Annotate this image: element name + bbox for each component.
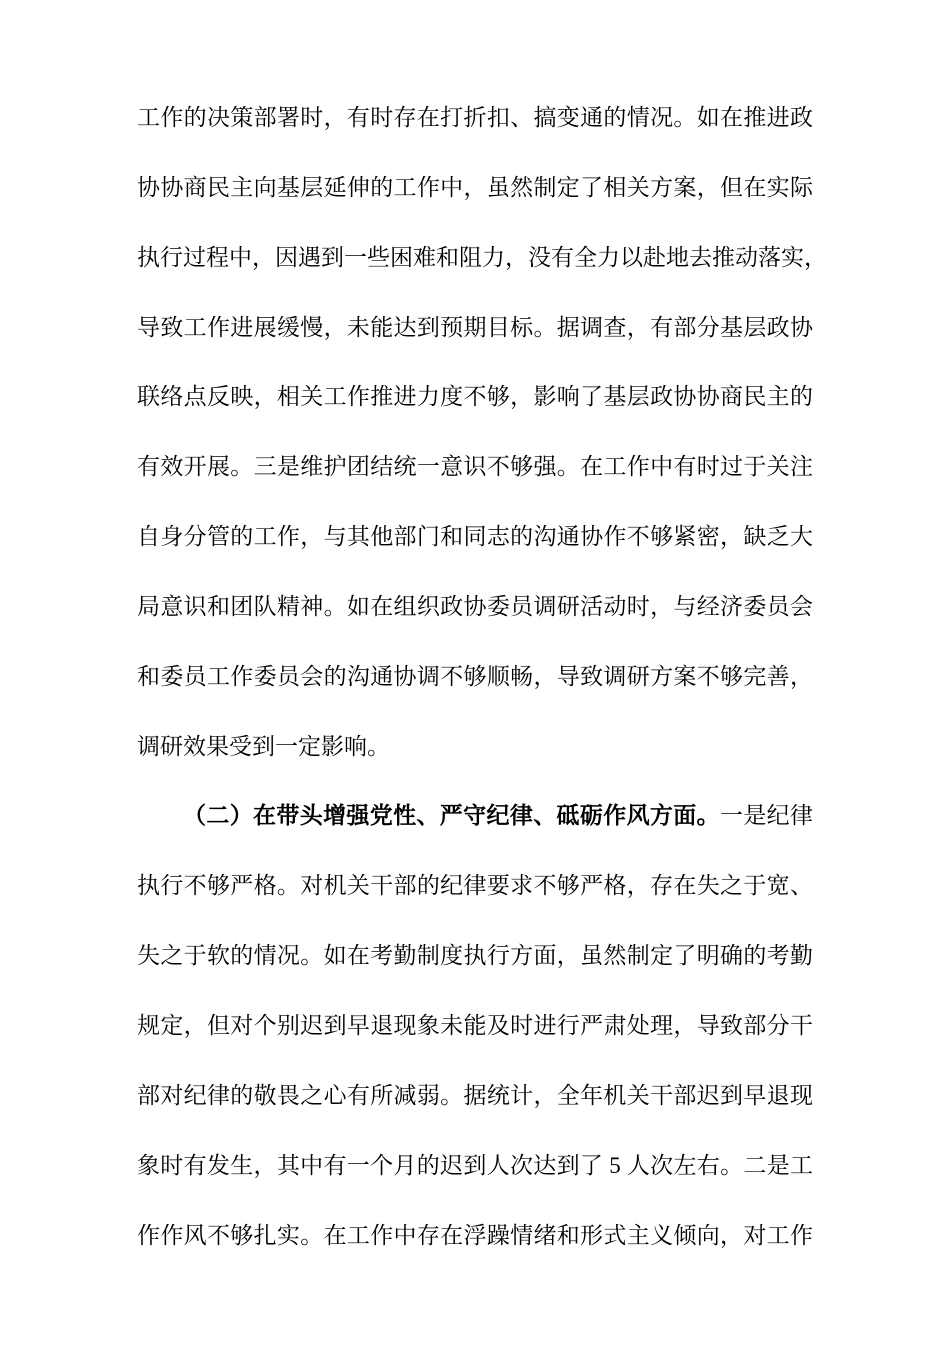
text-line: 工作的决策部署时，有时存在打折扣、搞变通的情况。如在推进政 [137,83,813,153]
text-line: 执行过程中，因遇到一些困难和阻力，没有全力以赴地去推动落实， [137,223,813,293]
paragraph: 工作的决策部署时，有时存在打折扣、搞变通的情况。如在推进政 协协商民主向基层延伸… [137,83,813,781]
text-line: 局意识和团队精神。如在组织政协委员调研活动时，与经济委员会 [137,572,813,642]
document-page: 工作的决策部署时，有时存在打折扣、搞变通的情况。如在推进政 协协商民主向基层延伸… [0,0,950,1346]
text-line: 失之于软的情况。如在考勤制度执行方面，虽然制定了明确的考勤 [137,921,813,991]
section-heading: （二）在带头增强党性、严守纪律、砥砺作风方面。 [183,803,720,828]
text-line: 部对纪律的敬畏之心有所减弱。据统计，全年机关干部迟到早退现 [137,1061,813,1131]
text-line: 象时有发生，其中有一个月的迟到人次达到了 5 人次左右。二是工 [137,1131,813,1201]
text-line: 规定，但对个别迟到早退现象未能及时进行严肃处理，导致部分干 [137,991,813,1061]
text-line: 自身分管的工作，与其他部门和同志的沟通协作不够紧密，缺乏大 [137,502,813,572]
text-line: 作作风不够扎实。在工作中存在浮躁情绪和形式主义倾向，对工作 [137,1201,813,1271]
text-line: 有效开展。三是维护团结统一意识不够强。在工作中有时过于关注 [137,432,813,502]
text-segment: 一是纪律 [720,803,813,828]
text-line: 调研效果受到一定影响。 [137,712,813,782]
text-line: （二）在带头增强党性、严守纪律、砥砺作风方面。一是纪律 [137,781,813,851]
text-line: 导致工作进展缓慢，未能达到预期目标。据调查，有部分基层政协 [137,293,813,363]
document-body: 工作的决策部署时，有时存在打折扣、搞变通的情况。如在推进政 协协商民主向基层延伸… [137,83,813,1270]
text-line: 协协商民主向基层延伸的工作中，虽然制定了相关方案，但在实际 [137,153,813,223]
text-line: 和委员工作委员会的沟通协调不够顺畅，导致调研方案不够完善， [137,642,813,712]
text-line: 联络点反映，相关工作推进力度不够，影响了基层政协协商民主的 [137,362,813,432]
paragraph: （二）在带头增强党性、严守纪律、砥砺作风方面。一是纪律 执行不够严格。对机关干部… [137,781,813,1270]
text-line: 执行不够严格。对机关干部的纪律要求不够严格，存在失之于宽、 [137,851,813,921]
